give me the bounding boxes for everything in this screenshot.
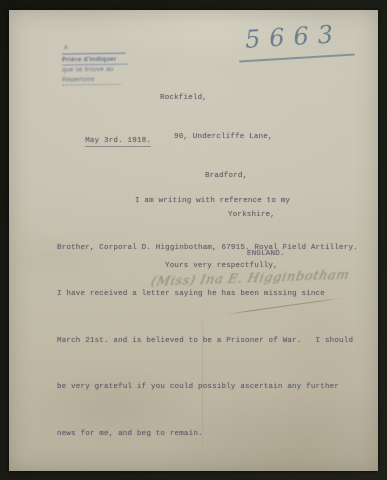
body-line: March 21st. and is believed to be a Pris…: [57, 334, 358, 350]
body-line: news for me, and beg to remain.: [57, 427, 358, 443]
scan-background: A Prière d'indiquer que se trouve au Rép…: [0, 0, 387, 480]
closing-line: Yours very respectfully,: [165, 262, 278, 270]
body-line: I am writing with reference to my: [57, 194, 358, 210]
body-line: Brother, Corporal D. Higginbotham, 67915…: [57, 241, 358, 257]
address-line: Rockfield,: [160, 92, 285, 105]
letter-date-text: May 3rd. 1918.: [85, 137, 151, 147]
letter-body: I am writing with reference to my Brothe…: [57, 163, 358, 471]
reference-number-underline: [239, 53, 355, 62]
body-line: be very grateful if you could possibly a…: [57, 380, 358, 396]
body-line: I have received a letter saying he has b…: [57, 287, 358, 303]
letter-date: May 3rd. 1918.: [57, 129, 151, 153]
stamp-line: A: [62, 43, 126, 54]
letter-paper: A Prière d'indiquer que se trouve au Rép…: [9, 10, 378, 471]
address-line: 90, Undercliffe Lane,: [174, 131, 285, 144]
reference-number: 5663: [244, 20, 343, 54]
